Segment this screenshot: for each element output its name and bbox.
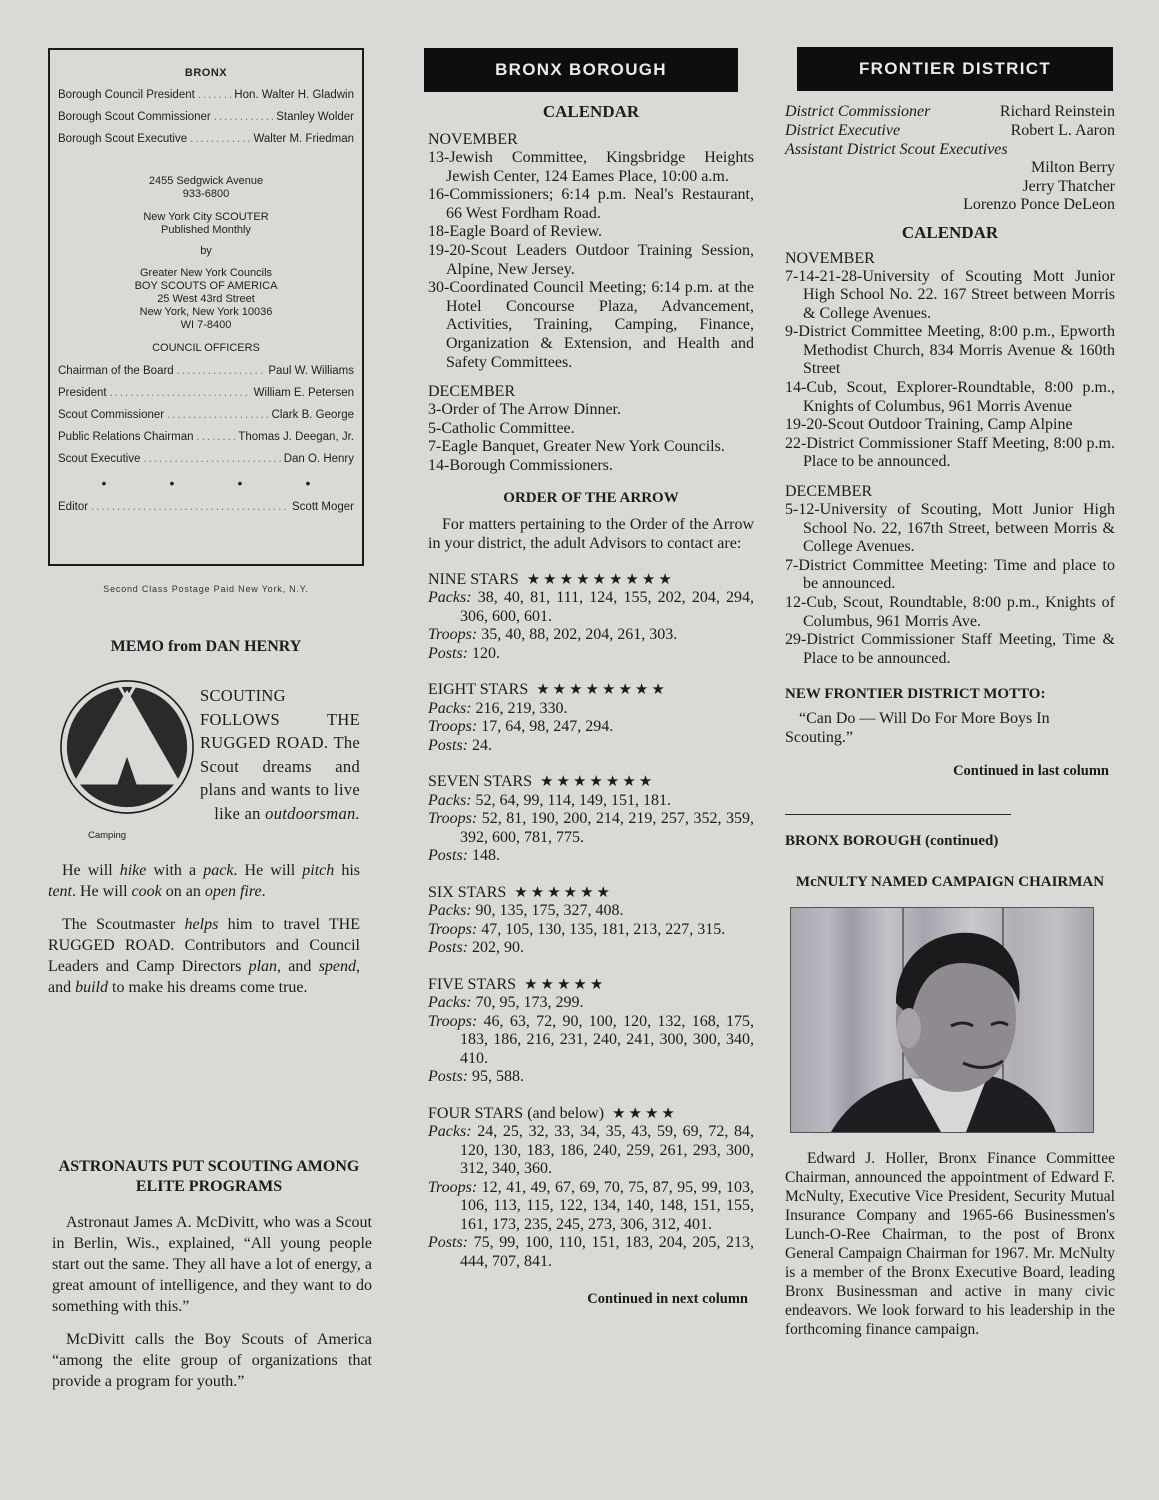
star-level-label: FIVE STARS (428, 976, 516, 995)
officer-name: Stanley Wolder (276, 111, 354, 123)
officer-role: District Commissioner (785, 102, 930, 121)
packs-list: Packs: 24, 25, 32, 33, 34, 35, 43, 59, 6… (428, 1123, 754, 1179)
leader-dots: ........................................… (214, 111, 273, 123)
bullet-divider: •••• (50, 475, 362, 491)
publisher-line: BOY SCOUTS OF AMERICA (50, 280, 362, 293)
officer-role: District Executive (785, 121, 900, 140)
assistant-name: Jerry Thatcher (785, 178, 1115, 197)
officer-role: Borough Scout Executive (58, 133, 187, 145)
frontier-calendar: NOVEMBER7-14-21-28-University of Scoutin… (785, 249, 1115, 669)
calendar-entry: 5-12-University of Scouting, Mott Junior… (785, 501, 1115, 557)
leader-dots: ........................................… (110, 387, 251, 399)
calendar-month: NOVEMBER13-Jewish Committee, Kingsbridge… (428, 130, 754, 372)
star-group-heading: SIX STARS★★★★★★ (428, 884, 754, 903)
star-group: FOUR STARS (and below)★★★★Packs: 24, 25,… (428, 1105, 754, 1272)
packs-label: Packs: (428, 902, 472, 919)
italic-word: plan (249, 958, 277, 975)
italic-word: pack (203, 862, 233, 879)
posts-list: Posts: 120. (428, 645, 754, 664)
bronx-calendar-title: CALENDAR (428, 102, 754, 122)
posts-list: Posts: 24. (428, 737, 754, 756)
masthead-box: BRONX Borough Council President.........… (48, 48, 364, 566)
troops-label: Troops: (428, 921, 477, 938)
officer-name: Clark B. George (272, 409, 354, 421)
officer-name: Thomas J. Deegan, Jr. (238, 431, 354, 443)
officer-name: William E. Petersen (254, 387, 354, 399)
mcnulty-body: Edward J. Holler, Bronx Finance Committe… (785, 1149, 1115, 1339)
bronx-borough-header: BRONX BOROUGH (424, 48, 738, 92)
mcnulty-photo (790, 907, 1094, 1133)
leader-dots: ........................................… (143, 453, 280, 465)
astronauts-paragraph-1: Astronaut James A. McDivitt, who was a S… (52, 1212, 372, 1317)
masthead-title: BRONX (50, 67, 362, 79)
calendar-entry: 12-Cub, Scout, Roundtable, 8:00 p.m., Kn… (785, 594, 1115, 631)
order-of-arrow-title: ORDER OF THE ARROW (428, 490, 754, 507)
calendar-entry: 30-Coordinated Council Meeting; 6:14 p.m… (428, 279, 754, 372)
packs-list: Packs: 38, 40, 81, 111, 124, 155, 202, 2… (428, 589, 754, 626)
italic-word: build (75, 979, 108, 996)
troops-label: Troops: (428, 718, 477, 735)
motto-title: NEW FRONTIER DISTRICT MOTTO: (785, 686, 1115, 703)
star-group-heading: EIGHT STARS★★★★★★★★ (428, 681, 754, 700)
calendar-month: DECEMBER5-12-University of Scouting, Mot… (785, 482, 1115, 668)
order-of-arrow-groups: NINE STARS★★★★★★★★★Packs: 38, 40, 81, 11… (428, 571, 754, 1272)
troops-label: Troops: (428, 1179, 477, 1196)
calendar-entry: 19-20-Scout Outdoor Training, Camp Alpin… (785, 416, 1115, 435)
officer-name: Paul W. Williams (268, 365, 354, 377)
officer-role: Borough Council President (58, 89, 195, 101)
calendar-entry: 14-Borough Commissioners. (428, 457, 754, 476)
star-level-label: NINE STARS (428, 571, 519, 590)
publisher-line: 25 West 43rd Street (50, 293, 362, 306)
star-rating-icon: ★★★★ (612, 1105, 678, 1124)
month-name: DECEMBER (785, 482, 1115, 501)
star-group-heading: SEVEN STARS★★★★★★★ (428, 773, 754, 792)
star-group: NINE STARS★★★★★★★★★Packs: 38, 40, 81, 11… (428, 571, 754, 664)
publication-name: New York City SCOUTER (50, 211, 362, 224)
star-group-heading: FOUR STARS (and below)★★★★ (428, 1105, 754, 1124)
officer-row: Scout Commissioner......................… (50, 409, 362, 421)
assistants-label: Assistant District Scout Executives (785, 140, 1008, 159)
publisher-lines: Greater New York CouncilsBOY SCOUTS OF A… (50, 267, 362, 332)
officer-row: President...............................… (50, 387, 362, 399)
bullet-dot: • (170, 475, 175, 491)
by-label: by (50, 245, 362, 258)
star-group: SEVEN STARS★★★★★★★Packs: 52, 64, 99, 114… (428, 773, 754, 866)
calendar-entry: 7-Eagle Banquet, Greater New York Counci… (428, 438, 754, 457)
borough-officers: Borough Council President...............… (50, 89, 362, 145)
bullet-dot: • (306, 475, 311, 491)
italic-word: spend (319, 958, 356, 975)
calendar-entry: 3-Order of The Arrow Dinner. (428, 401, 754, 420)
publisher-line: WI 7-8400 (50, 319, 362, 332)
posts-list: Posts: 202, 90. (428, 939, 754, 958)
memo-paragraph-2: The Scoutmaster helps him to travel THE … (48, 914, 360, 998)
posts-list: Posts: 75, 99, 100, 110, 151, 183, 204, … (428, 1234, 754, 1271)
officer-name: Walter M. Friedman (253, 133, 354, 145)
address: 2455 Sedgwick Avenue (50, 175, 362, 188)
packs-label: Packs: (428, 1123, 472, 1140)
star-group: FIVE STARS★★★★★Packs: 70, 95, 173, 299.T… (428, 976, 754, 1087)
packs-list: Packs: 52, 64, 99, 114, 149, 151, 181. (428, 792, 754, 811)
calendar-entry: 16-Commissioners; 6:14 p.m. Neal's Resta… (428, 186, 754, 223)
calendar-entry: 22-District Commissioner Staff Meeting, … (785, 435, 1115, 472)
officer-row: Borough Scout Commissioner..............… (50, 111, 362, 123)
italic-word: hike (120, 862, 147, 879)
officer-role: President (58, 387, 107, 399)
memo-body: He will hike with a pack. He will pitch … (48, 860, 360, 1010)
leader-dots: ........................................… (177, 365, 266, 377)
star-level-label: SIX STARS (428, 884, 506, 903)
italic-word: open fire (205, 883, 262, 900)
troops-list: Troops: 35, 40, 88, 202, 204, 261, 303. (428, 626, 754, 645)
publisher-line: New York, New York 10036 (50, 306, 362, 319)
editor-row: Editor .................................… (50, 501, 362, 513)
star-level-label: EIGHT STARS (428, 681, 528, 700)
month-name: DECEMBER (428, 382, 754, 401)
district-officer-row: District ExecutiveRobert L. Aaron (785, 121, 1115, 140)
publication-frequency: Published Monthly (50, 224, 362, 237)
officer-name: Robert L. Aaron (1011, 121, 1115, 140)
continued-last-column: Continued in last column (785, 763, 1115, 780)
postage-notice: Second Class Postage Paid New York, N.Y. (48, 584, 364, 594)
leader-dots: ........................................… (197, 431, 236, 443)
assistant-name: Lorenzo Ponce DeLeon (785, 196, 1115, 215)
officer-name: Hon. Walter H. Gladwin (234, 89, 354, 101)
star-rating-icon: ★★★★★ (524, 976, 606, 995)
star-rating-icon: ★★★★★★★★★ (527, 571, 675, 590)
calendar-entry: 5-Catholic Committee. (428, 420, 754, 439)
officer-role: Borough Scout Commissioner (58, 111, 211, 123)
calendar-entry: 29-District Commissioner Staff Meeting, … (785, 631, 1115, 668)
astronauts-headline: ASTRONAUTS PUT SCOUTING AMONG ELITE PROG… (48, 1157, 370, 1197)
packs-label: Packs: (428, 792, 472, 809)
star-level-label: SEVEN STARS (428, 773, 532, 792)
italic-word: helps (185, 916, 219, 933)
memo-intro: SCOUTING FOLLOWS THE RUGGED ROAD. The Sc… (200, 684, 360, 825)
officer-role: Scout Executive (58, 453, 140, 465)
calendar-month: DECEMBER3-Order of The Arrow Dinner.5-Ca… (428, 382, 754, 475)
star-rating-icon: ★★★★★★★★ (536, 681, 668, 700)
camping-tent-icon (58, 678, 196, 816)
frontier-officers: District CommissionerRichard ReinsteinDi… (785, 102, 1115, 140)
portrait-image-icon (791, 908, 1093, 1132)
posts-list: Posts: 95, 588. (428, 1068, 754, 1087)
star-group-heading: NINE STARS★★★★★★★★★ (428, 571, 754, 590)
officer-role: Public Relations Chairman (58, 431, 194, 443)
star-group: EIGHT STARS★★★★★★★★Packs: 216, 219, 330.… (428, 681, 754, 755)
officer-row: Chairman of the Board...................… (50, 365, 362, 377)
leader-dots: ........................................… (190, 133, 250, 145)
divider-rule (785, 814, 1011, 815)
council-officers: Chairman of the Board...................… (50, 365, 362, 465)
calendar-entry: 7-14-21-28-University of Scouting Mott J… (785, 268, 1115, 324)
month-name: NOVEMBER (785, 249, 1115, 268)
italic-word: pitch (302, 862, 334, 879)
troops-label: Troops: (428, 810, 477, 827)
troops-list: Troops: 17, 64, 98, 247, 294. (428, 718, 754, 737)
calendar-month: NOVEMBER7-14-21-28-University of Scoutin… (785, 249, 1115, 473)
star-level-label: FOUR STARS (and below) (428, 1105, 604, 1124)
order-of-arrow-intro: For matters pertaining to the Order of t… (428, 515, 754, 553)
memo-intro-italic: outdoorsman. (265, 804, 360, 823)
troops-label: Troops: (428, 1013, 477, 1030)
posts-label: Posts: (428, 737, 468, 754)
packs-label: Packs: (428, 994, 472, 1011)
calendar-entry: 19-20-Scout Leaders Outdoor Training Ses… (428, 242, 754, 279)
posts-label: Posts: (428, 1068, 468, 1085)
bullet-dot: • (238, 475, 243, 491)
calendar-entry: 14-Cub, Scout, Explorer-Roundtable, 8:00… (785, 379, 1115, 416)
publisher-line: Greater New York Councils (50, 267, 362, 280)
troops-list: Troops: 46, 63, 72, 90, 100, 120, 132, 1… (428, 1013, 754, 1069)
officer-row: Scout Executive.........................… (50, 453, 362, 465)
packs-list: Packs: 70, 95, 173, 299. (428, 994, 754, 1013)
continued-next-column: Continued in next column (428, 1291, 754, 1308)
frontier-calendar-title: CALENDAR (785, 223, 1115, 243)
motto-text: “Can Do — Will Do For More Boys In Scout… (785, 709, 1115, 747)
officer-name: Richard Reinstein (1000, 102, 1115, 121)
italic-word: cook (132, 883, 162, 900)
month-name: NOVEMBER (428, 130, 754, 149)
phone: 933-6800 (50, 188, 362, 201)
calendar-entry: 9-District Committee Meeting, 8:00 p.m.,… (785, 323, 1115, 379)
editor-name: Scott Moger (292, 501, 354, 513)
logo-caption: Camping (88, 830, 126, 841)
frontier-district-header: FRONTIER DISTRICT (797, 47, 1113, 91)
posts-label: Posts: (428, 1234, 468, 1251)
packs-label: Packs: (428, 700, 472, 717)
editor-role: Editor (58, 501, 88, 513)
officer-role: Chairman of the Board (58, 365, 174, 377)
officer-row: Borough Scout Executive.................… (50, 133, 362, 145)
astronauts-paragraph-2: McDivitt calls the Boy Scouts of America… (52, 1329, 372, 1392)
calendar-entry: 7-District Committee Meeting: Time and p… (785, 557, 1115, 594)
officer-row: Public Relations Chairman...............… (50, 431, 362, 443)
troops-list: Troops: 47, 105, 130, 135, 181, 213, 227… (428, 921, 754, 940)
troops-label: Troops: (428, 626, 477, 643)
posts-label: Posts: (428, 645, 468, 662)
leader-dots: ........................................… (198, 89, 231, 101)
star-rating-icon: ★★★★★★★ (540, 773, 655, 792)
star-group: SIX STARS★★★★★★Packs: 90, 135, 175, 327,… (428, 884, 754, 958)
troops-list: Troops: 12, 41, 49, 67, 69, 70, 75, 87, … (428, 1179, 754, 1235)
packs-list: Packs: 90, 135, 175, 327, 408. (428, 902, 754, 921)
memo-paragraph-1: He will hike with a pack. He will pitch … (48, 860, 360, 902)
officer-row: Borough Council President...............… (50, 89, 362, 101)
council-officers-title: COUNCIL OFFICERS (50, 342, 362, 355)
district-officer-row: District CommissionerRichard Reinstein (785, 102, 1115, 121)
bullet-dot: • (102, 475, 107, 491)
frontier-assistants: Milton BerryJerry ThatcherLorenzo Ponce … (785, 159, 1115, 215)
troops-list: Troops: 52, 81, 190, 200, 214, 219, 257,… (428, 810, 754, 847)
memo-title: MEMO from DAN HENRY (48, 638, 364, 656)
italic-word: tent (48, 883, 72, 900)
posts-list: Posts: 148. (428, 847, 754, 866)
posts-label: Posts: (428, 847, 468, 864)
officer-role: Scout Commissioner (58, 409, 164, 421)
bronx-calendar: NOVEMBER13-Jewish Committee, Kingsbridge… (428, 130, 754, 476)
officer-name: Dan O. Henry (284, 453, 354, 465)
posts-label: Posts: (428, 939, 468, 956)
mcnulty-headline: McNULTY NAMED CAMPAIGN CHAIRMAN (785, 874, 1115, 891)
bronx-continued-title: BRONX BOROUGH (continued) (785, 833, 1115, 850)
packs-list: Packs: 216, 219, 330. (428, 700, 754, 719)
star-group-heading: FIVE STARS★★★★★ (428, 976, 754, 995)
leader-dots: ........................................… (167, 409, 268, 421)
assistant-name: Milton Berry (785, 159, 1115, 178)
star-rating-icon: ★★★★★★ (514, 884, 613, 903)
calendar-entry: 13-Jewish Committee, Kingsbridge Heights… (428, 149, 754, 186)
astronauts-body: Astronaut James A. McDivitt, who was a S… (52, 1212, 372, 1404)
packs-label: Packs: (428, 589, 472, 606)
calendar-entry: 18-Eagle Board of Review. (428, 223, 754, 242)
